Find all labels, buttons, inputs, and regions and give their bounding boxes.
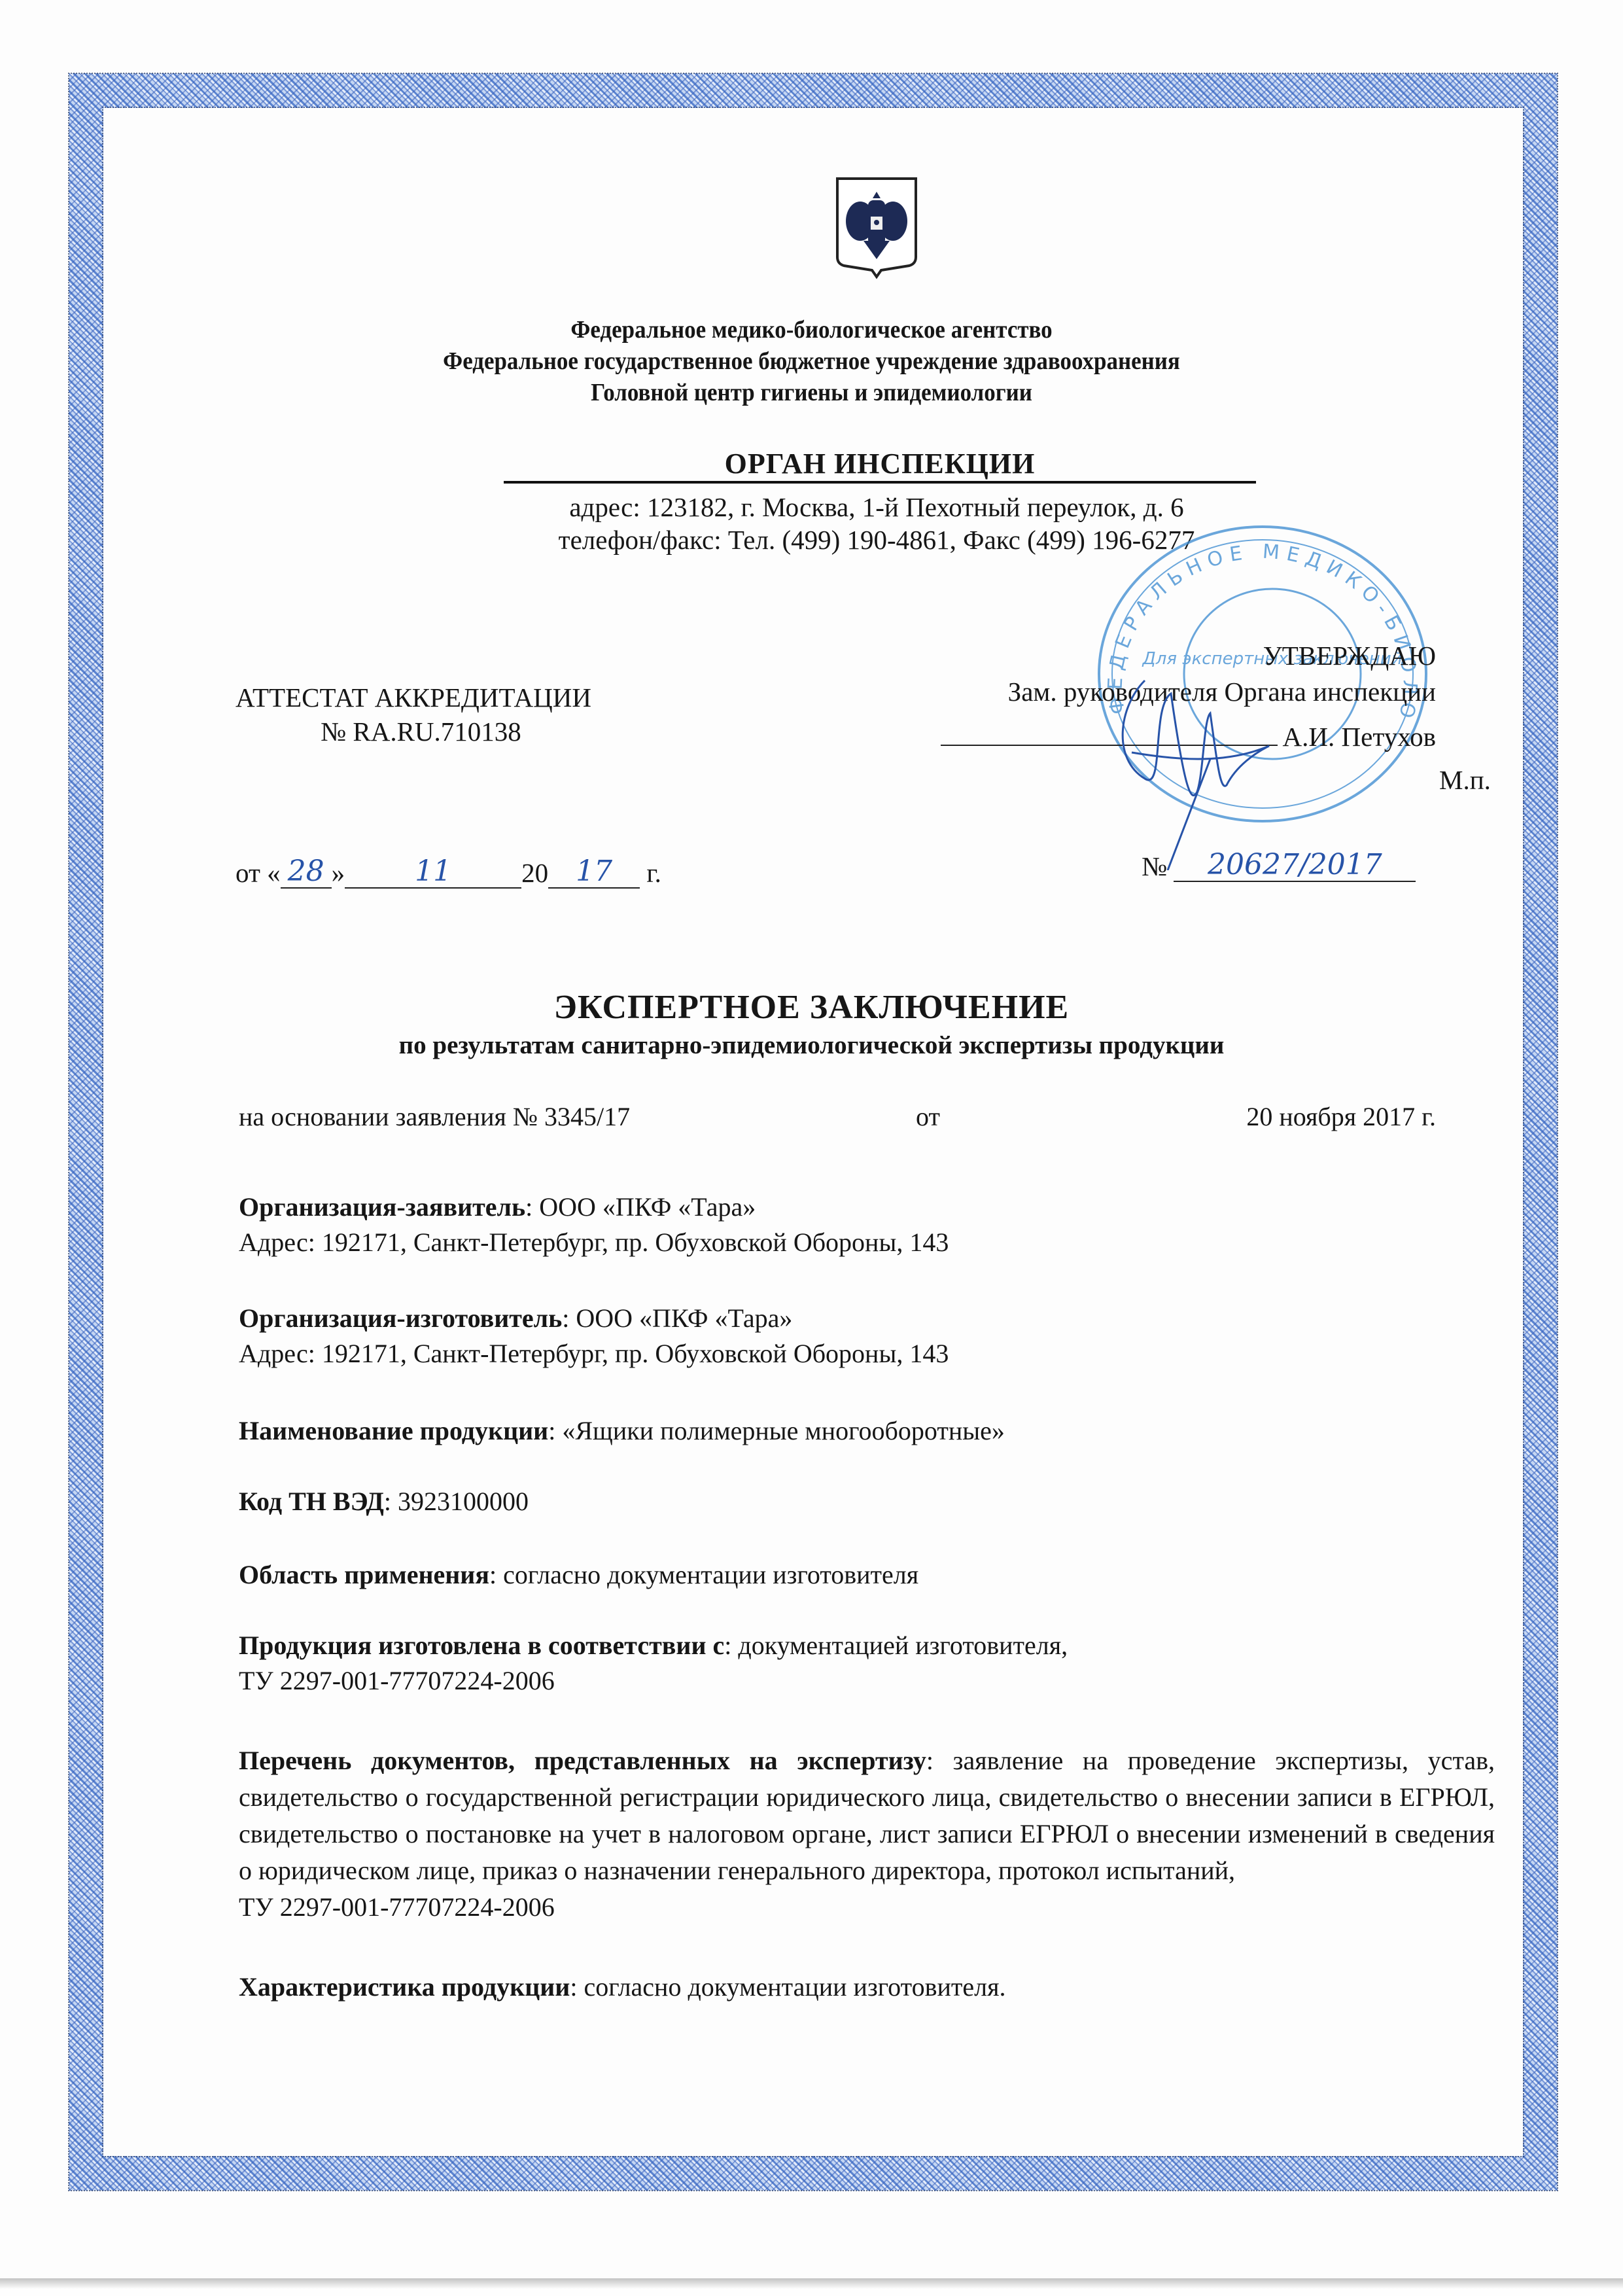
date-mid: » [332,858,345,888]
agency-header: Федеральное медико-биологическое агентст… [65,314,1558,408]
date-suffix: г. [646,858,661,888]
issue-date: от «28»112017 г. [236,857,661,889]
organ-title: ОРГАН ИНСПЕКЦИИ [504,448,1256,484]
agency-line: Федеральное государственное бюджетное уч… [65,345,1558,377]
document-title: ЭКСПЕРТНОЕ ЗАКЛЮЧЕНИЕ [0,988,1623,1027]
product-name-section: Наименование продукции: «Ящики полимерны… [239,1413,1495,1449]
application-number: на основании заявления № 3345/17 [239,1102,630,1131]
scope-label: Область применения [239,1560,489,1589]
scope-section: Область применения: согласно документаци… [239,1557,1495,1593]
date-day-field: 28 [281,858,332,889]
documents-spec: ТУ 2297-001-77707224-2006 [239,1889,1495,1926]
accreditation-block: АТТЕСТАТ АККРЕДИТАЦИИ № RA.RU.710138 [236,680,591,749]
application-from: от [916,1101,940,1132]
manufacturer-section: Организация-изготовитель: ООО «ПКФ «Тара… [239,1301,1495,1371]
characteristics-label: Характеристика продукции [239,1972,570,2002]
product-name-label: Наименование продукции [239,1416,548,1445]
date-century: 20 [521,858,548,888]
application-date: 20 ноября 2017 г. [1246,1101,1436,1132]
manufacturer-label: Организация-изготовитель [239,1303,562,1333]
manufacturer-value: : ООО «ПКФ «Тара» [562,1303,792,1333]
date-year-field: 17 [548,858,640,889]
russian-coat-of-arms-icon [834,175,919,280]
handwritten-signature [1106,654,1276,870]
documents-section: Перечень документов, представленных на э… [239,1742,1495,1926]
registration-number-field: 20627/2017 [1174,852,1416,882]
document-subtitle: по результатам санитарно-эпидемиологичес… [0,1031,1623,1060]
agency-line: Федеральное медико-биологическое агентст… [65,314,1558,345]
documents-label: Перечень документов, представленных на э… [239,1746,926,1775]
compliance-value: : документацией изготовителя, [724,1631,1068,1660]
characteristics-section: Характеристика продукции: согласно докум… [239,1969,1495,2005]
agency-line: Головной центр гигиены и эпидемиологии [65,377,1558,408]
date-month-field: 11 [345,858,521,889]
compliance-spec: ТУ 2297-001-77707224-2006 [239,1663,1495,1699]
registration-prefix: № [1142,851,1167,881]
applicant-section: Организация-заявитель: ООО «ПКФ «Тара» А… [239,1190,1495,1260]
hs-code-section: Код ТН ВЭД: 3923100000 [239,1484,1495,1519]
approver-name: А.И. Петухов [1283,722,1436,752]
applicant-address: Адрес: 192171, Санкт-Петербург, пр. Обух… [239,1225,1495,1260]
hs-code-label: Код ТН ВЭД [239,1487,384,1516]
seal-mark: М.п. [1439,764,1491,796]
hs-code-value: : 3923100000 [384,1487,529,1516]
applicant-value: : ООО «ПКФ «Тара» [525,1192,756,1222]
scan-edge-shadow [0,2278,1623,2296]
scope-value: : согласно документации изготовителя [489,1560,918,1589]
date-prefix: от « [236,858,281,888]
accreditation-label: АТТЕСТАТ АККРЕДИТАЦИИ [236,682,591,713]
registration-number: № 20627/2017 [1142,851,1416,882]
compliance-section: Продукция изготовлена в соответствии с: … [239,1628,1495,1699]
manufacturer-address: Адрес: 192171, Санкт-Петербург, пр. Обух… [239,1336,1495,1371]
applicant-label: Организация-заявитель [239,1192,525,1222]
compliance-label: Продукция изготовлена в соответствии с [239,1631,724,1660]
product-name-value: : «Ящики полимерные многооборотные» [548,1416,1005,1445]
characteristics-value: : согласно документации изготовителя. [570,1972,1005,2002]
application-basis: на основании заявления № 3345/17 от 20 н… [239,1101,1436,1132]
accreditation-number: № RA.RU.710138 [236,715,591,749]
